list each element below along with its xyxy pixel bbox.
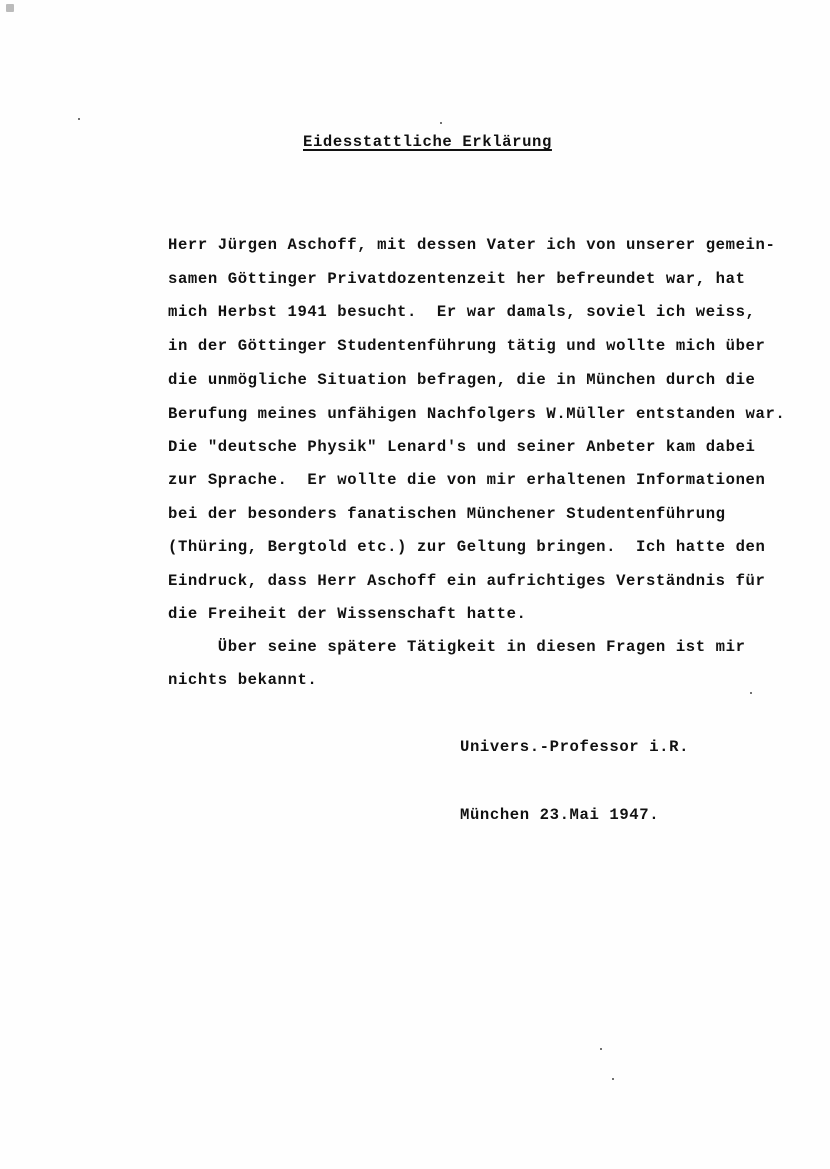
body-line: die Freiheit der Wissenschaft hatte. [168,605,526,623]
document-page: Eidesstattliche Erklärung Herr Jürgen As… [0,0,830,1169]
body-line: bei der besonders fanatischen Münchener … [168,505,726,523]
scan-speck [612,1078,614,1080]
scan-speck [750,692,752,694]
signature-title: Univers.-Professor i.R. [460,738,689,756]
body-line: zur Sprache. Er wollte die von mir erhal… [168,471,765,489]
body-line: Die "deutsche Physik" Lenard's und seine… [168,438,756,456]
body-line: Eindruck, dass Herr Aschoff ein aufricht… [168,572,765,590]
scan-speck [78,118,80,120]
body-line: die unmögliche Situation befragen, die i… [168,371,756,389]
place-date: München 23.Mai 1947. [460,806,659,824]
body-line: (Thüring, Bergtold etc.) zur Geltung bri… [168,538,765,556]
body-line: Über seine spätere Tätigkeit in diesen F… [168,638,746,656]
document-title: Eidesstattliche Erklärung [303,133,552,151]
body-line: nichts bekannt. [168,671,317,689]
body-line: Herr Jürgen Aschoff, mit dessen Vater ic… [168,236,775,254]
scan-speck [440,122,442,124]
scan-speck [6,4,14,12]
body-line: samen Göttinger Privatdozentenzeit her b… [168,270,746,288]
body-line: in der Göttinger Studentenführung tätig … [168,337,765,355]
scan-speck [600,1048,602,1050]
body-line: Berufung meines unfähigen Nachfolgers W.… [168,405,785,423]
body-line: mich Herbst 1941 besucht. Er war damals,… [168,303,756,321]
